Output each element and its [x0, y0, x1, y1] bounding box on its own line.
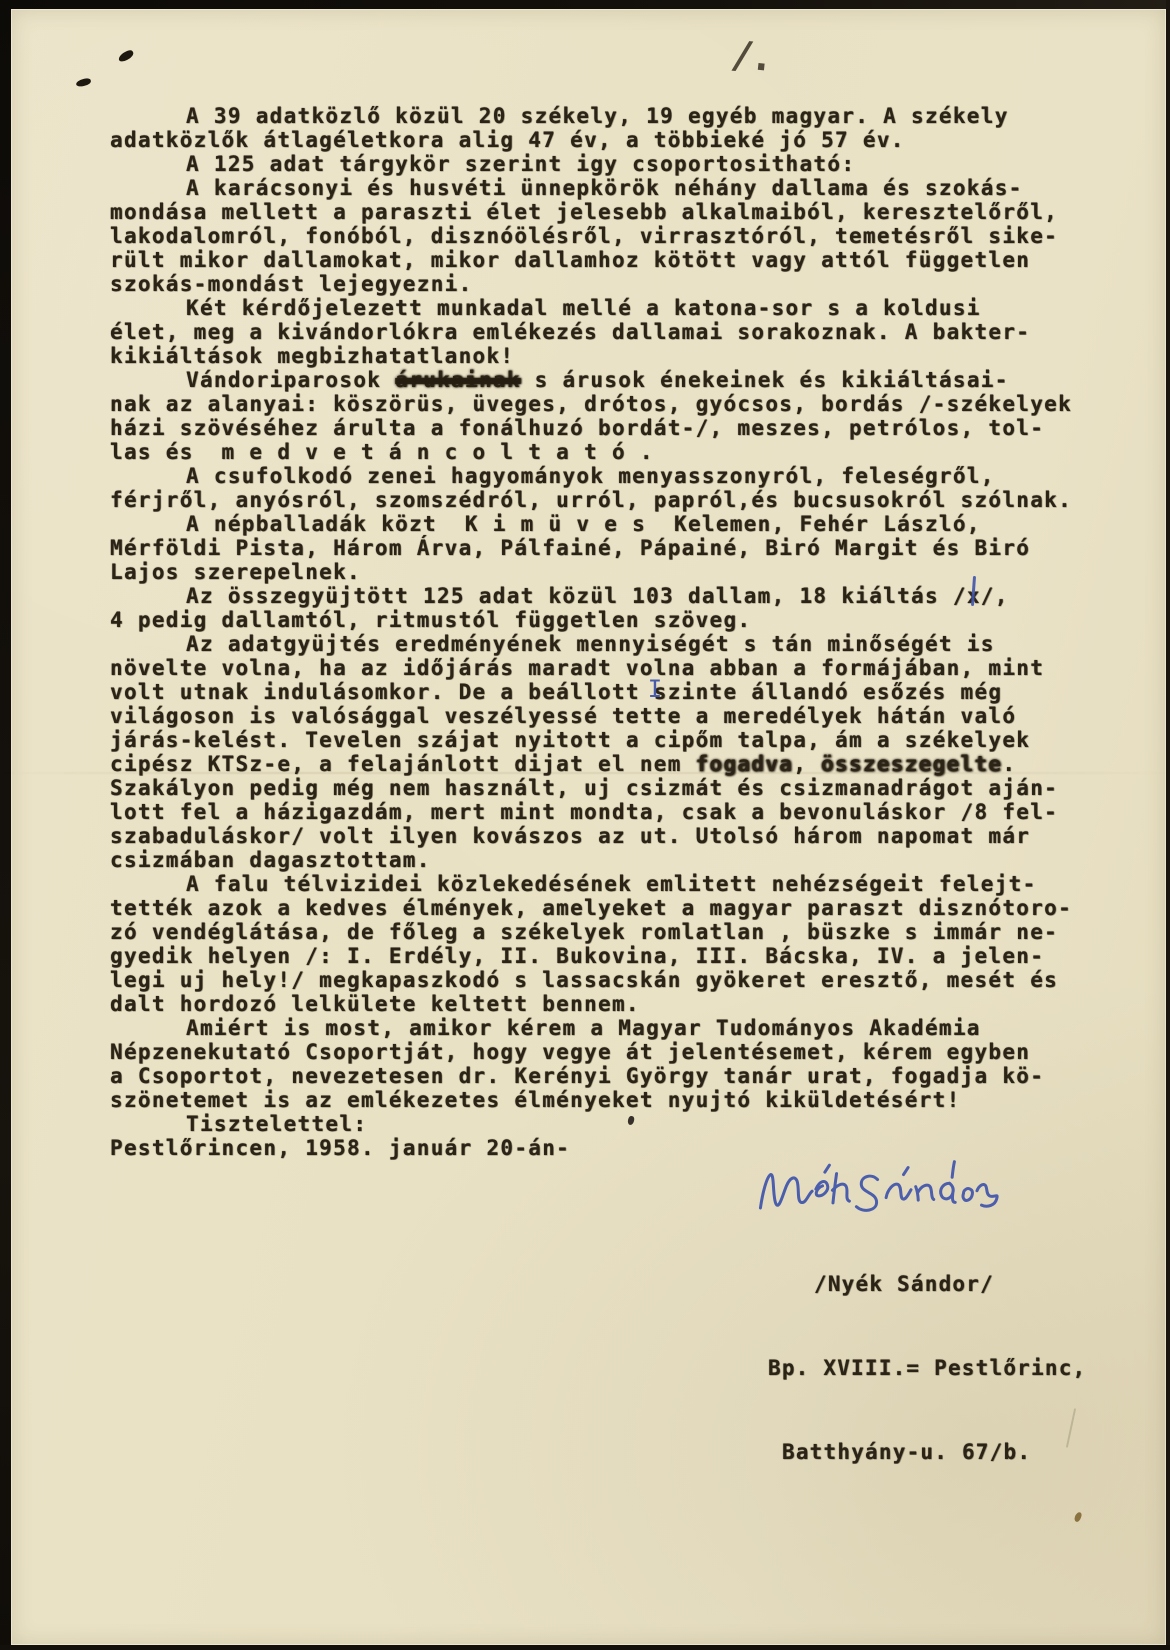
text-line: las és m e d v e t á n c o l t a t ó .: [110, 440, 1100, 464]
text-line: Tisztelettel:: [110, 1112, 1100, 1136]
text-segment: Amiért is most, amikor kérem a Magyar Tu…: [186, 1016, 981, 1040]
text-segment: zó vendéglátása, de főleg a székelyek ro…: [110, 920, 1058, 944]
text-segment: cipész KTSz-e, a felajánlott dijat el ne…: [110, 752, 696, 776]
text-segment: A falu télvizidei közlekedésének emlitet…: [186, 872, 1037, 896]
text-segment: szabaduláskor/ volt ilyen kovászos az ut…: [110, 824, 1030, 848]
text-line: legi uj hely!/ megkapaszkodó s lassacská…: [110, 968, 1100, 992]
text-segment: 4 pedig dallamtól, ritmustól független s…: [110, 608, 751, 632]
text-line: rült mikor dallamokat, mikor dallamhoz k…: [110, 248, 1100, 272]
text-segment: Pestlőrincen, 1958. január 20-án-: [110, 1136, 570, 1160]
text-segment: A népballadák közt K i m ü v e s Kelemen…: [186, 512, 981, 536]
text-line: szokás-mondást lejegyezni.: [110, 272, 1100, 296]
text-segment: Az összegyüjtött 125 adat közül 103 dall…: [186, 584, 967, 608]
overtyped-word: összeszegelte: [821, 752, 1002, 776]
text-segment: csizmában dagasztottam.: [110, 848, 431, 872]
text-line: adatközlők átlagéletkora alig 47 év, a t…: [110, 128, 1100, 152]
text-segment: A karácsonyi és husvéti ünnepkörök néhán…: [186, 176, 1023, 200]
text-line: zó vendéglátása, de főleg a székelyek ro…: [110, 920, 1100, 944]
text-segment: kikiáltások megbizhatatlanok!: [110, 344, 514, 368]
text-line: mondása mellett a paraszti élet jelesebb…: [110, 200, 1100, 224]
text-segment: Lajos szerepelnek.: [110, 560, 361, 584]
text-segment: Népzenekutató Csoportját, hogy vegye át …: [110, 1040, 1030, 1064]
text-segment: adatközlők átlagéletkora alig 47 év, a t…: [110, 128, 905, 152]
text-line: A karácsonyi és husvéti ünnepkörök néhán…: [110, 176, 1100, 200]
text-line: Vándoriparosok árukainak s árusok énekei…: [110, 368, 1100, 392]
address-line-2: Batthyány-u. 67/b.: [768, 1438, 1086, 1466]
text-line: lakodalomról, fonóból, disznóölésről, vi…: [110, 224, 1100, 248]
text-line: Szakályon pedig még nem használt, uj csi…: [110, 776, 1100, 800]
text-line: Két kérdőjelezett munkadal mellé a katon…: [110, 296, 1100, 320]
text-segment: A 39 adatközlő közül 20 székely, 19 egyé…: [186, 104, 1009, 128]
text-line: élet, meg a kivándorlókra emlékezés dall…: [110, 320, 1100, 344]
text-segment: ,: [793, 752, 821, 776]
text-segment: A csufolkodó zenei hagyományok menyasszo…: [186, 464, 995, 488]
text-line: tették azok a kedves élmények, amelyeket…: [110, 896, 1100, 920]
overtyped-word: fogadva: [696, 752, 794, 776]
text-line: Lajos szerepelnek.: [110, 560, 1100, 584]
text-segment: tették azok a kedves élmények, amelyeket…: [110, 896, 1072, 920]
text-segment: Szakályon pedig még nem használt, uj csi…: [110, 776, 1058, 800]
text-segment: volt utnak indulásomkor. De a beállott: [110, 680, 654, 704]
text-line: kikiáltások megbizhatatlanok!: [110, 344, 1100, 368]
blue-pen-mark: x: [967, 584, 981, 608]
text-segment: /,: [981, 584, 1009, 608]
signature-block: /Nyék Sándor/ Bp. XVIII.= Pestlőrinc, Ba…: [768, 1214, 1086, 1494]
scan-edge-right: [1166, 0, 1170, 1650]
text-line: A 39 adatközlő közül 20 székely, 19 egyé…: [110, 104, 1100, 128]
page-number: /.: [729, 32, 773, 80]
text-segment: gyedik helyen /: I. Erdély, II. Bukovina…: [110, 944, 1044, 968]
text-segment: mondása mellett a paraszti élet jelesebb…: [110, 200, 1058, 224]
text-line: 4 pedig dallamtól, ritmustól független s…: [110, 608, 1100, 632]
text-segment: Vándoriparosok: [186, 368, 395, 392]
text-segment: házi szövéséhez árulta a fonálhuzó bordá…: [110, 416, 1044, 440]
text-segment: rült mikor dallamokat, mikor dallamhoz k…: [110, 248, 1030, 272]
text-line: Az összegyüjtött 125 adat közül 103 dall…: [110, 584, 1100, 608]
text-line: A 125 adat tárgykör szerint igy csoporto…: [110, 152, 1100, 176]
text-segment: las és m e d v e t á n c o l t a t ó .: [110, 440, 654, 464]
address-line-1: Bp. XVIII.= Pestlőrinc,: [768, 1354, 1086, 1382]
text-line: szönetemet is az emlékezetes élményeket …: [110, 1088, 1100, 1112]
text-segment: Mérföldi Pista, Három Árva, Pálfainé, Pá…: [110, 536, 1030, 560]
text-line: növelte volna, ha az időjárás maradt vol…: [110, 656, 1100, 680]
blue-insertion-mark: szinte: [654, 680, 738, 704]
text-segment: Tisztelettel:: [186, 1112, 367, 1136]
text-segment: szokás-mondást lejegyezni.: [110, 272, 473, 296]
text-line: járás-kelést. Tevelen szájat nyitott a c…: [110, 728, 1100, 752]
text-line: Amiért is most, amikor kérem a Magyar Tu…: [110, 1016, 1100, 1040]
text-segment: Két kérdőjelezett munkadal mellé a katon…: [186, 296, 981, 320]
scan-edge-top: [0, 0, 1170, 9]
text-segment: állandó esőzés még: [737, 680, 1002, 704]
text-line: A csufolkodó zenei hagyományok menyasszo…: [110, 464, 1100, 488]
text-line: A népballadák közt K i m ü v e s Kelemen…: [110, 512, 1100, 536]
text-segment: férjről, anyósról, szomszédról, urról, p…: [110, 488, 1072, 512]
text-segment: s árusok énekeinek és kikiáltásai-: [521, 368, 1009, 392]
text-segment: járás-kelést. Tevelen szájat nyitott a c…: [110, 728, 1030, 752]
text-segment: .: [1002, 752, 1016, 776]
text-segment: lott fel a házigazdám, mert mint mondta,…: [110, 800, 1058, 824]
scan-edge-bottom: [0, 1645, 1170, 1650]
text-line: csizmában dagasztottam.: [110, 848, 1100, 872]
text-line: dalt hordozó lelkülete keltett bennem.: [110, 992, 1100, 1016]
text-segment: élet, meg a kivándorlókra emlékezés dall…: [110, 320, 1030, 344]
text-line: férjről, anyósról, szomszédról, urról, p…: [110, 488, 1100, 512]
text-line: lott fel a házigazdám, mert mint mondta,…: [110, 800, 1100, 824]
text-segment: Az adatgyüjtés eredményének mennyiségét …: [186, 632, 995, 656]
text-segment: legi uj hely!/ megkapaszkodó s lassacská…: [110, 968, 1058, 992]
text-line: Mérföldi Pista, Három Árva, Pálfainé, Pá…: [110, 536, 1100, 560]
text-segment: nak az alanyai: köszörüs, üveges, drótos…: [110, 392, 1072, 416]
text-segment: dalt hordozó lelkülete keltett bennem.: [110, 992, 640, 1016]
text-segment: lakodalomról, fonóból, disznóölésről, vi…: [110, 224, 1058, 248]
text-line: nak az alanyai: köszörüs, üveges, drótos…: [110, 392, 1100, 416]
text-line: volt utnak indulásomkor. De a beállott s…: [110, 680, 1100, 704]
text-segment: világoson is valósággal veszélyessé tett…: [110, 704, 1016, 728]
text-line: világoson is valósággal veszélyessé tett…: [110, 704, 1100, 728]
text-line: a Csoportot, nevezetesen dr. Kerényi Gyö…: [110, 1064, 1100, 1088]
scanned-letter-page: { "document": { "page_number": "/.", "co…: [0, 0, 1170, 1650]
text-line: A falu télvizidei közlekedésének emlitet…: [110, 872, 1100, 896]
struck-out-word: árukainak: [395, 368, 521, 392]
text-segment: A 125 adat tárgykör szerint igy csoporto…: [186, 152, 855, 176]
text-line: cipész KTSz-e, a felajánlott dijat el ne…: [110, 752, 1100, 776]
text-line: gyedik helyen /: I. Erdély, II. Bukovina…: [110, 944, 1100, 968]
text-line: Az adatgyüjtés eredményének mennyiségét …: [110, 632, 1100, 656]
text-segment: szönetemet is az emlékezetes élményeket …: [110, 1088, 961, 1112]
letter-body: A 39 adatközlő közül 20 székely, 19 egyé…: [110, 104, 1100, 1160]
text-line: házi szövéséhez árulta a fonálhuzó bordá…: [110, 416, 1100, 440]
text-line: szabaduláskor/ volt ilyen kovászos az ut…: [110, 824, 1100, 848]
typed-signature: /Nyék Sándor/: [768, 1270, 1086, 1298]
text-segment: a Csoportot, nevezetesen dr. Kerényi Gyö…: [110, 1064, 1044, 1088]
text-line: Népzenekutató Csoportját, hogy vegye át …: [110, 1040, 1100, 1064]
text-segment: növelte volna, ha az időjárás maradt vol…: [110, 656, 1044, 680]
scan-edge-left: [0, 0, 11, 1650]
